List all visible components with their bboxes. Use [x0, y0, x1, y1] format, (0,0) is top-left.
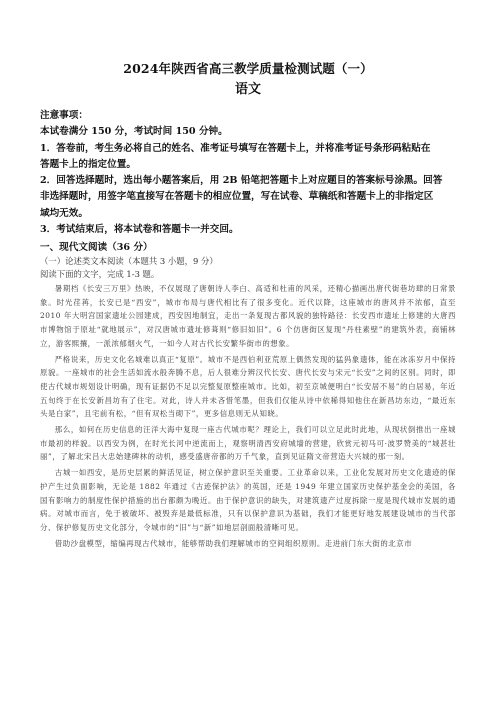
note-line: 答题卡上的指定位置。 — [40, 157, 460, 173]
exam-page: 2024年陕西省高三教学质量检测试题（一） 语文 注意事项： 本试卷满分 150… — [0, 0, 496, 702]
notes-heading: 注意事项： — [40, 108, 460, 124]
exam-title: 2024年陕西省高三教学质量检测试题（一） — [0, 61, 496, 77]
passage-paragraph: 暑期档《长安三万里》热映，不仅展现了唐朝诗人李白、高适和杜甫的风采，还精心描画出… — [40, 282, 456, 351]
note-line: 3．考试结束后，将本试卷和答题卡一并交回。 — [40, 222, 460, 238]
reading-passage: 暑期档《长安三万里》热映，不仅展现了唐朝诗人李白、高适和杜甫的风采，还精心描画出… — [40, 282, 456, 552]
note-line: 1．答卷前，考生务必将自己的姓名、准考证号填写在答题卡上，并将准考证号条形码粘贴… — [40, 141, 460, 157]
passage-paragraph: 借助沙盘模型，缩编再现古代城市，能够帮助我们理解城市的空间组织原则。走进前门东大… — [40, 537, 456, 551]
note-line: 域均无效。 — [40, 206, 460, 222]
subject-title: 语文 — [0, 82, 496, 98]
section-heading: 一、现代文阅读（36 分） — [40, 241, 153, 255]
passage-paragraph: 古城一如西安，是历史层累的鲜活见证，树立保护意识至关重要。工业革命以来，工业化发… — [40, 466, 456, 535]
reading-instruction: 阅读下面的文字，完成 1-3 题。 — [40, 268, 159, 281]
exam-notes: 注意事项： 本试卷满分 150 分，考试时间 150 分钟。 1．答卷前，考生务… — [40, 108, 460, 238]
passage-paragraph: 那么，如何在历史信息的汪洋大海中复现一座古代城市呢？理论上，我们可以立足此时此地… — [40, 423, 456, 464]
subsection-heading: （一）论述类文本阅读（本题共 3 小题，9 分） — [40, 255, 218, 268]
note-line: 2．回答选择题时，选出每小题答案后，用 2B 铅笔把答题卡上对应题目的答案标号涂… — [40, 173, 460, 189]
passage-paragraph: 严格说来，历史文化名城难以真正“复原”。城市不是西伯利亚荒原上偶然发现的猛犸象遗… — [40, 353, 456, 422]
note-line: 非选择题时，用签字笔直接写在答题卡的相应位置，写在试卷、草稿纸和答题卡上的非指定… — [40, 189, 460, 205]
note-line: 本试卷满分 150 分，考试时间 150 分钟。 — [40, 124, 460, 140]
